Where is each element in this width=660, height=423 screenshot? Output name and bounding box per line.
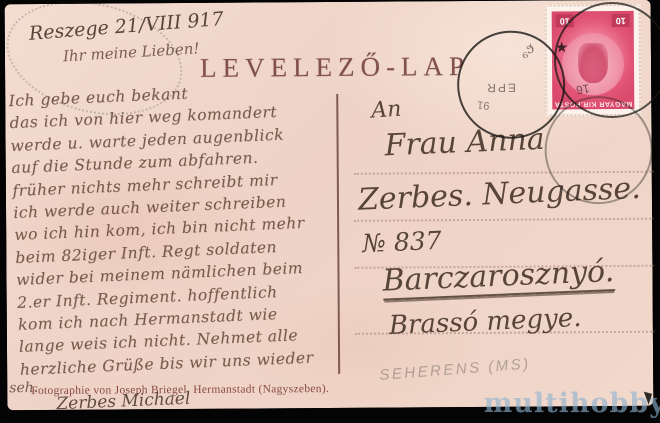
handwritten-signature: Zerbes Michael xyxy=(56,389,191,415)
postmark-text-fragment: EPR xyxy=(485,81,516,95)
postmark-number-fragment: 16 xyxy=(575,81,591,97)
postmark-number-fragment-2: 91 xyxy=(477,98,490,111)
postcard-back: LEVELEZŐ-LAP Reszege 21/VIII 917 Ihr mei… xyxy=(5,0,654,410)
postmark-circle-left: ★ ɕ⁹ EPR 91 xyxy=(457,30,566,139)
postmark-ornament: ɕ⁹ xyxy=(519,41,537,61)
postmark-circle-faint xyxy=(544,96,653,205)
handwritten-message: Ich gebe euch bekant das ich von hier we… xyxy=(8,76,352,381)
address-town: Barczarosznyó. xyxy=(382,254,615,301)
pencil-annotation: SEHERENS (MS) xyxy=(379,355,532,384)
address-an: An xyxy=(371,97,402,124)
address-number: № 837 xyxy=(362,226,442,258)
address-rule-2 xyxy=(354,217,654,222)
address-county: Brassó megye. xyxy=(388,303,582,341)
postcard-scan: LEVELEZŐ-LAP Reszege 21/VIII 917 Ihr mei… xyxy=(0,0,660,423)
watermark-text: multihobby xyxy=(484,388,660,419)
